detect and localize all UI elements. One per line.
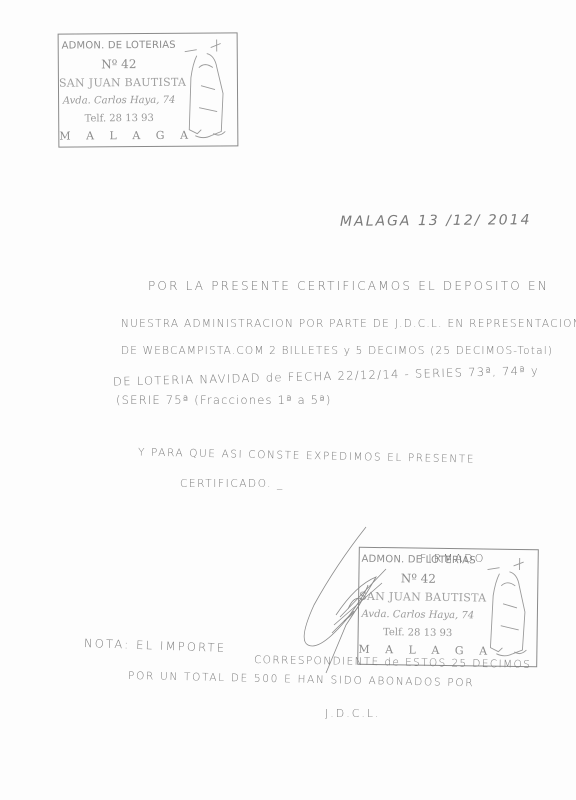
body-line-2: NUESTRA ADMINISTRACION POR PARTE DE J.D.… bbox=[121, 318, 576, 330]
body-line-3: DE WEBCAMPISTA.COM 2 BILLETES y 5 DECIMO… bbox=[121, 345, 553, 357]
stamp-line-phone: Telf. 28 13 93 bbox=[359, 627, 477, 640]
stamp-line-number: Nº 42 bbox=[59, 57, 179, 72]
lottery-office-stamp: ADMON. DE LOTERIAS Nº 42 SAN JUAN BAUTIS… bbox=[58, 32, 239, 147]
place-date: MALAGA 13 /12/ 2014 bbox=[340, 212, 532, 230]
note-line-1: NOTA: EL IMPORTE bbox=[84, 636, 227, 655]
stamp-line-address: Avda. Carlos Haya, 74 bbox=[59, 95, 179, 107]
stamp-line-name: SAN JUAN BAUTISTA bbox=[359, 590, 477, 605]
note-line-3: POR UN TOTAL DE 500 E HAN SIDO ABONADOS … bbox=[128, 670, 475, 689]
stamp-line-city: M A L A G A bbox=[59, 129, 179, 143]
body-line-7: CERTIFICADO. _ bbox=[180, 478, 284, 490]
stamp-line-number: Nº 42 bbox=[359, 571, 477, 587]
body-line-4: DE LOTERIA NAVIDAD de FECHA 22/12/14 - S… bbox=[113, 363, 539, 388]
stamp-line-office: ADMON. DE LOTERIAS bbox=[59, 40, 179, 52]
stamp-line-phone: Telf. 28 13 93 bbox=[59, 113, 179, 125]
saint-figure-icon bbox=[177, 37, 234, 141]
stamp-line-name: SAN JUAN BAUTISTA bbox=[59, 76, 179, 90]
body-line-1: POR LA PRESENTE CERTIFICAMOS EL DEPOSITO… bbox=[148, 279, 549, 293]
body-line-6: Y PARA QUE ASI CONSTE EXPEDIMOS EL PRESE… bbox=[138, 446, 475, 465]
stamp-line-address: Avda. Carlos Haya, 74 bbox=[359, 609, 477, 622]
note-line-4: J.D.C.L. bbox=[325, 707, 381, 720]
saint-figure-icon bbox=[478, 555, 535, 660]
document-page: ADMON. DE LOTERIAS Nº 42 SAN JUAN BAUTIS… bbox=[0, 0, 576, 800]
body-line-5: (SERIE 75ª (Fracciones 1ª a 5ª) bbox=[116, 393, 332, 407]
signed-label: FIRMADO bbox=[420, 552, 485, 565]
